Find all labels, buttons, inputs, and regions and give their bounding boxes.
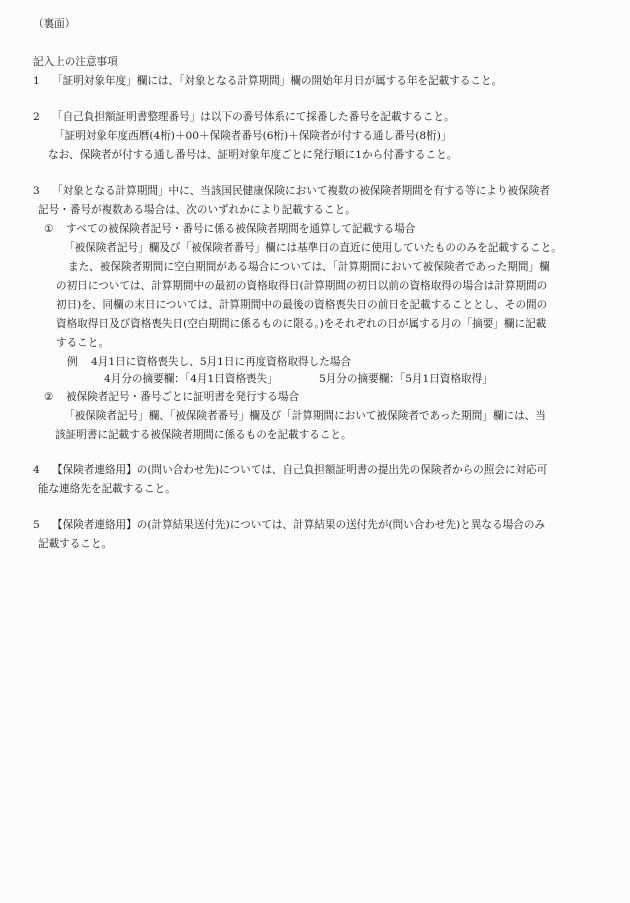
numbering-format: 「証明対象年度西暦(4桁)＋00＋保険者番号(6桁)＋保険者が付する通し番号(8…: [54, 129, 452, 143]
item-text: 【保険者連絡用】の(問い合わせ先)については、自己負担額証明書の提出先の保険者か…: [52, 463, 547, 477]
sub-item-text: 「被保険者記号」欄及び「被保険者番号」欄には基準日の直近に使用していたもののみを…: [64, 241, 562, 255]
item-number: 4: [33, 463, 40, 477]
example-april: 4月分の摘要欄：「4月1日資格喪失」: [104, 372, 278, 386]
sub-item-text: の初日については、計算期間中の最初の資格取得日(計算期間の初日以前の資格取得の場…: [56, 279, 547, 293]
sub-item-text: すること。: [56, 336, 109, 350]
item-text: 「証明対象年度」欄には、「対象となる計算期間」欄の開始年月日が属する年を記載する…: [52, 74, 502, 88]
example-text: 4月1日に資格喪失し、5月1日に再度資格取得した場合: [91, 355, 351, 369]
circled-two-mark: ②: [44, 390, 54, 404]
item-text: 記号・番号が複数ある場合は、次のいずれかにより記載すること。: [38, 203, 356, 217]
side-label: （裏面）: [33, 17, 75, 31]
item-text: なお、保険者が付する通し番号は、証明対象年度ごとに発行順に1から付番すること。: [48, 148, 457, 162]
sub-item-title: 被保険者記号・番号ごとに証明書を発行する場合: [66, 390, 299, 404]
item-text: 【保険者連絡用】の(計算結果送付先)については、計算結果の送付先が(問い合わせ先…: [52, 518, 545, 532]
circled-one-mark: ①: [44, 222, 54, 236]
sub-item-title: すべての被保険者記号・番号に係る被保険者期間を通算して記載する場合: [66, 222, 415, 236]
sub-item-text: また、被保険者期間に空白期間がある場合については、「計算期間において被保険者であ…: [68, 260, 550, 274]
item-text: 「自己負担額証明書整理番号」は以下の番号体系にて採番した番号を記載すること。: [52, 110, 455, 124]
item-number: 5: [33, 518, 40, 532]
sub-item-text: 「被保険者記号」欄、「被保険者番号」欄及び「計算期間において被保険者であった期間…: [64, 409, 546, 423]
sub-item-text: 該証明書に記載する被保険者期間に係るものを記載すること。: [55, 428, 352, 442]
sub-item-text: 初日)を、同欄の末日については、計算期間中の最後の資格喪失日の前日を記載すること…: [56, 298, 547, 312]
item-number: 2: [33, 110, 40, 124]
example-may: 5月分の摘要欄：「5月1日資格取得」: [319, 372, 493, 386]
item-text: 能な連絡先を記載すること。: [38, 482, 176, 496]
item-number: 1: [33, 74, 40, 88]
example-label: 例: [67, 355, 78, 369]
item-number: 3: [33, 184, 40, 198]
item-text: 「対象となる計算期間」中に、当該国民健康保険において複数の被保険者期間を有する等…: [52, 184, 550, 198]
sub-item-text: 資格取得日及び資格喪失日(空白期間に係るものに限る。)をそれぞれの日が属する月の…: [56, 317, 546, 331]
item-text: 記載すること。: [38, 537, 112, 551]
section-heading: 記入上の注意事項: [33, 55, 118, 69]
